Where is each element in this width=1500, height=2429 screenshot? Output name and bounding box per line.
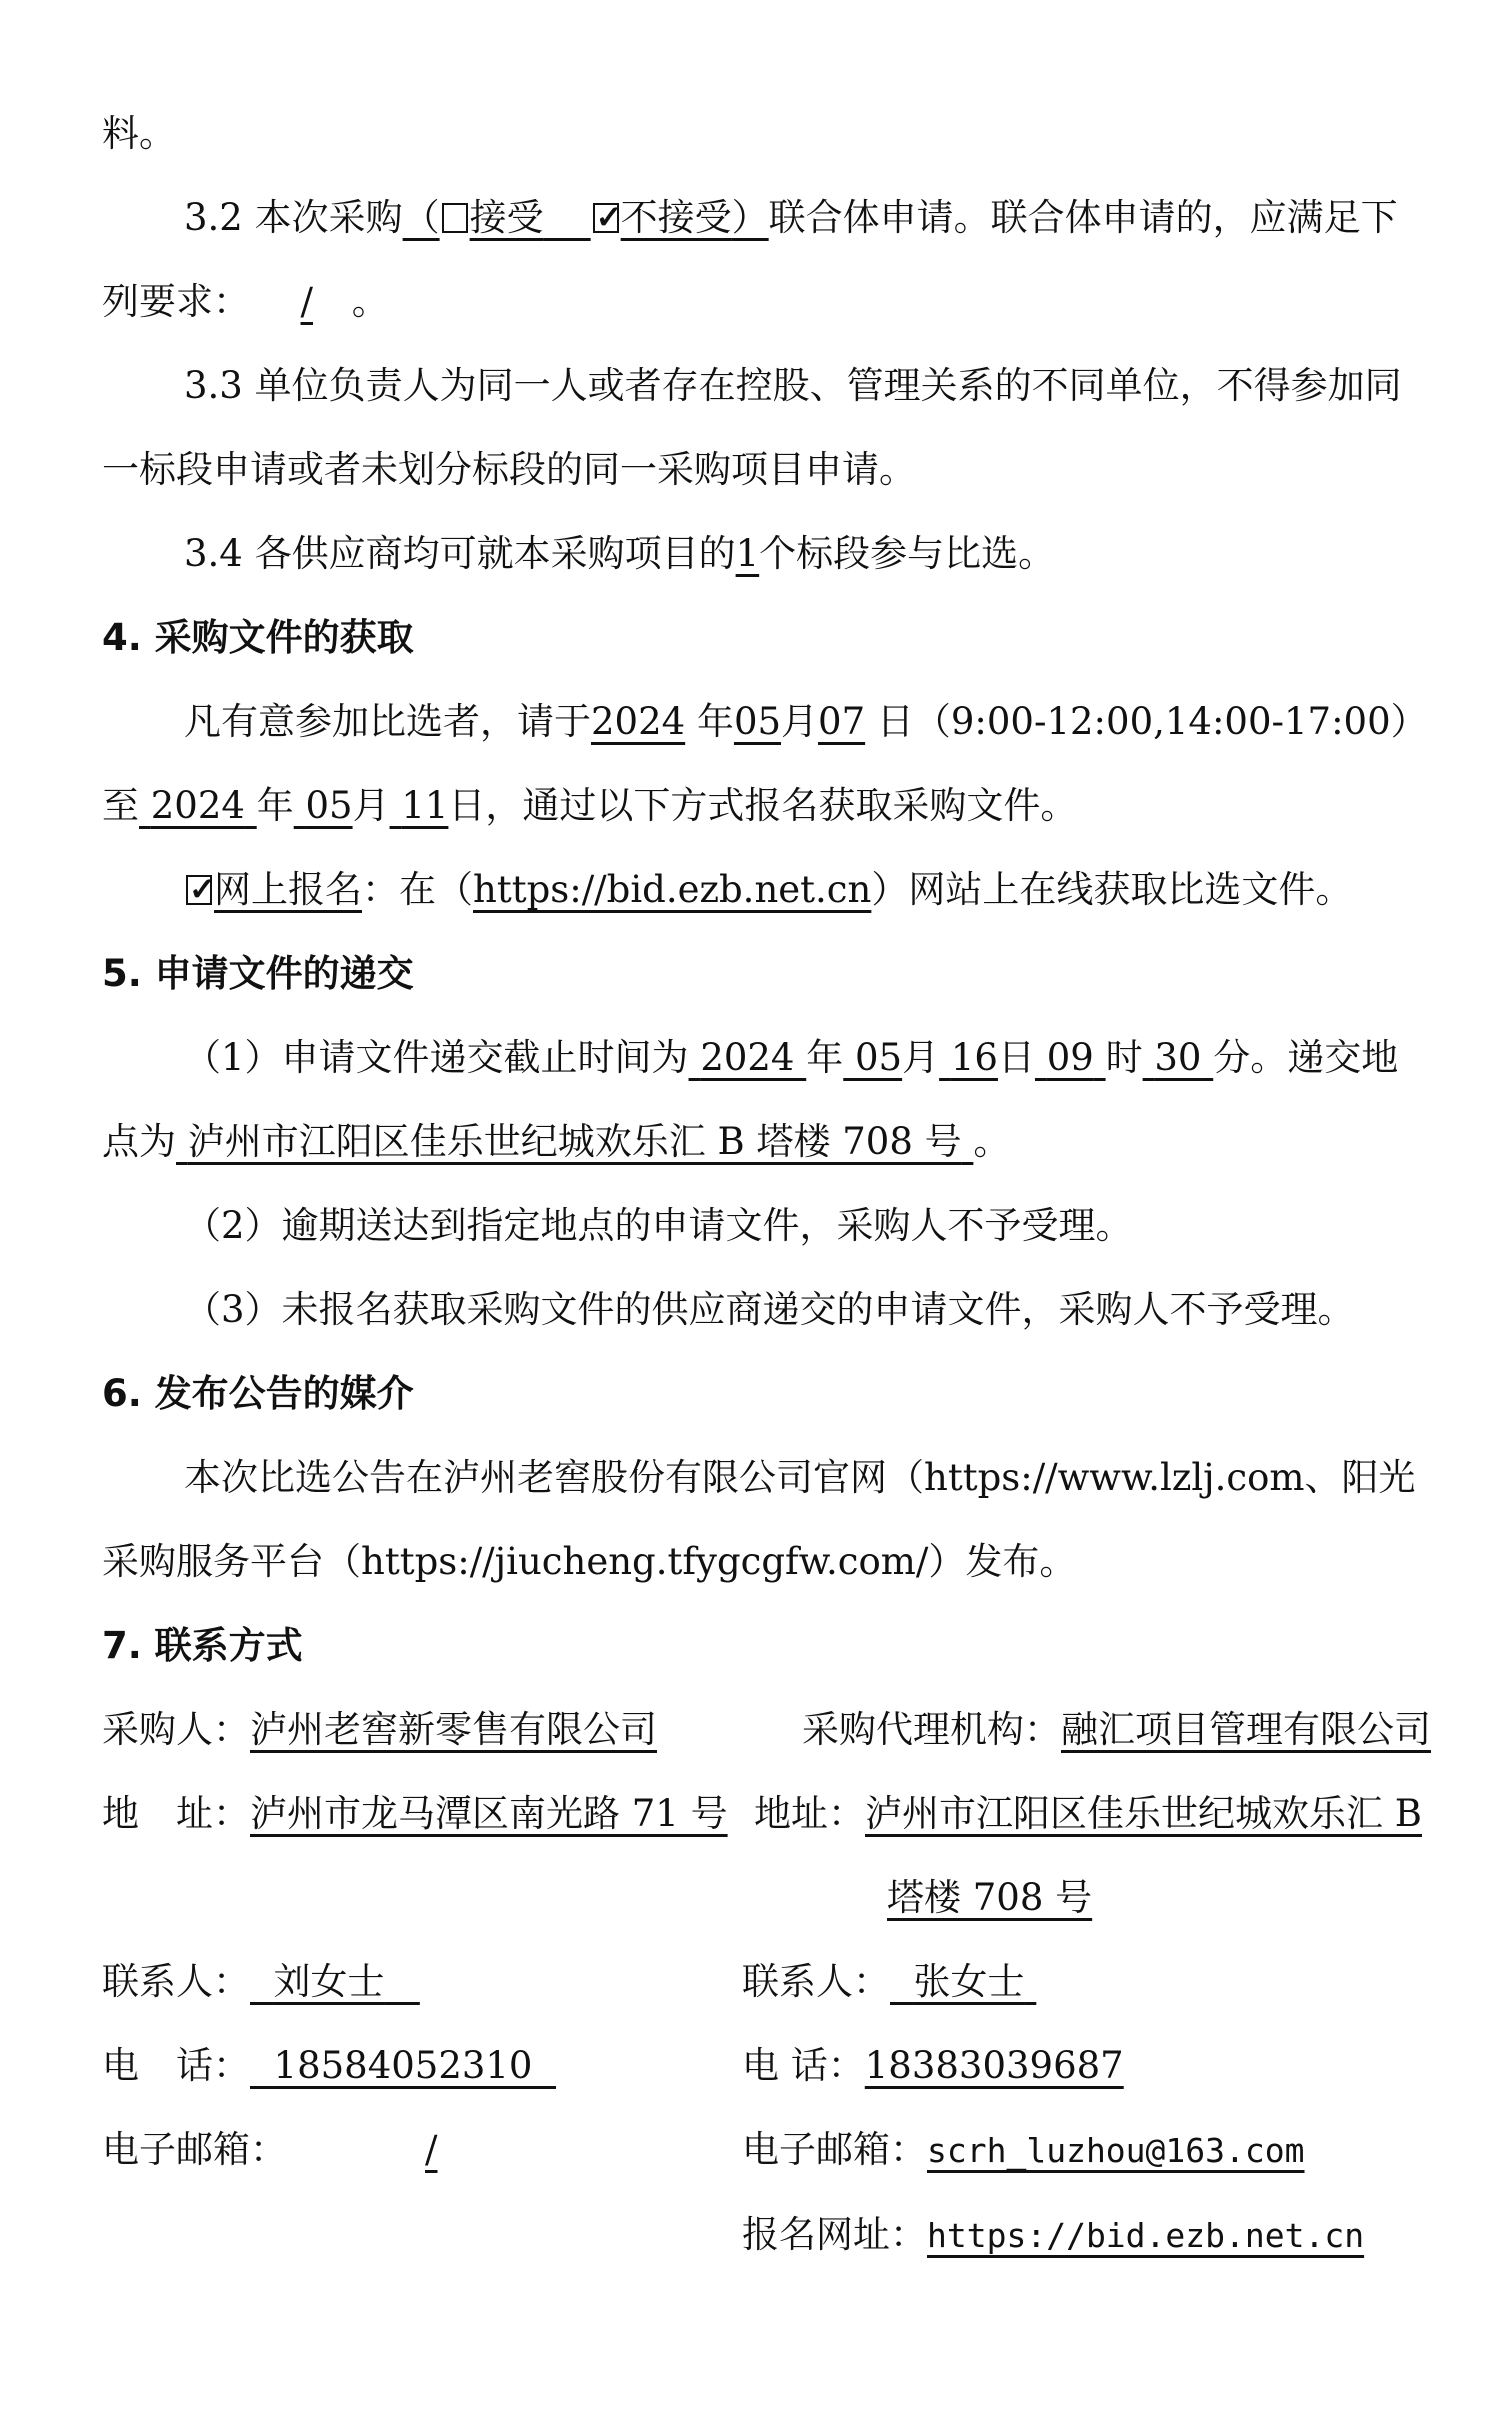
agency-signup-row: 报名网址：https://bid.ezb.net.cn (742, 2193, 1412, 2278)
online-suffix: ）网站上在线获取比选文件。 (871, 868, 1352, 911)
continued-text: 料。 (102, 92, 1412, 176)
purchaser-address-row: 地 址：泸州市龙马潭区南光路 71 号 (102, 1772, 742, 1856)
label: 电 话： (742, 2044, 865, 2087)
acq-prefix: 凡有意参加比选者，请于 (184, 700, 591, 743)
deadline-month: 05 (855, 1036, 902, 1079)
checkbox-accept[interactable] (442, 203, 468, 233)
online-label: 网上报名 (214, 868, 362, 911)
spacer (102, 1856, 742, 1940)
label: 联系人： (102, 1960, 250, 2003)
purchaser-address: 泸州市龙马潭区南光路 71 号 (250, 1792, 728, 1835)
media-line1: 本次比选公告在泸州老窖股份有限公司官网（https://www.lzlj.com… (102, 1436, 1412, 1520)
unit-year: 年 (697, 700, 734, 743)
clause-3-2-prefix: 3.2 本次采购 (184, 196, 403, 239)
online-mid: ：在（ (362, 868, 473, 911)
agency-phone: 18383039687 (865, 2044, 1124, 2087)
section-7-heading: 7. 联系方式 (102, 1604, 1412, 1688)
acquisition-period-line2: 至 2024 年 05月 11日，通过以下方式报名获取采购文件。 (102, 764, 1412, 848)
agency-address-row: 地址：泸州市江阳区佳乐世纪城欢乐汇 B (742, 1772, 1412, 1856)
agency-contact: 张女士 (914, 1960, 1025, 2003)
section-5-heading: 5. 申请文件的递交 (102, 932, 1412, 1016)
label: 地址： (754, 1792, 865, 1835)
unit-year: 年 (806, 1036, 843, 1079)
agency-name-row: 采购代理机构：融汇项目管理有限公司 (742, 1688, 1412, 1772)
unit-day: 日 (877, 700, 914, 743)
agency-phone-row: 电 话：18383039687 (742, 2024, 1412, 2108)
submission-location: 泸州市江阳区佳乐世纪城欢乐汇 B 塔楼 708 号 (188, 1120, 962, 1163)
label: 采购人： (102, 1708, 250, 1751)
purchaser-email-row: 电子邮箱： / (102, 2108, 742, 2193)
late-submission-rule: （2）逾期送达到指定地点的申请文件，采购人不予受理。 (102, 1184, 1412, 1268)
clause-3-4: 3.4 各供应商均可就本采购项目的1个标段参与比选。 (102, 512, 1412, 596)
requirements-value: / (262, 260, 352, 344)
deadline-hour: 09 (1047, 1036, 1094, 1079)
deadline-day: 16 (951, 1036, 998, 1079)
signup-url-link[interactable]: https://bid.ezb.net.cn (927, 2216, 1364, 2255)
purchaser-name-row: 采购人：泸州老窖新零售有限公司 (102, 1688, 742, 1772)
label: 电 话： (102, 2044, 250, 2087)
unit-month: 月 (781, 700, 818, 743)
spacer (102, 2193, 742, 2278)
clause-3-2-line2: 列要求： /。 (102, 260, 1412, 344)
purchaser-contact-row: 联系人： 刘女士 (102, 1940, 742, 2024)
agency-address-line2-row: 塔楼 708 号 (742, 1856, 1412, 1940)
option-reject-label: 不接受 (621, 196, 732, 239)
office-hours: （9:00-12:00,14:00-17:00） (914, 700, 1428, 743)
deadline-prefix: （1）申请文件递交截止时间为 (184, 1036, 689, 1079)
label: 地 址： (102, 1792, 250, 1835)
period: 。 (352, 280, 389, 323)
section-4-heading: 4. 采购文件的获取 (102, 596, 1412, 680)
deadline-line1: （1）申请文件递交截止时间为 2024 年 05月 16日 09 时 30 分。… (102, 1016, 1412, 1100)
acquisition-period-line1: 凡有意参加比选者，请于2024 年05月07 日（9:00-12:00,14:0… (102, 680, 1412, 764)
period: 。 (973, 1120, 1010, 1163)
label: 联系人： (742, 1960, 890, 2003)
unit-month: 月 (353, 784, 390, 827)
section-6-heading: 6. 发布公告的媒介 (102, 1352, 1412, 1436)
document-page: 料。 3.2 本次采购（接受 不接受）联合体申请。联合体申请的，应满足下 列要求… (102, 92, 1412, 2278)
purchaser-phone: 18584052310 (274, 2044, 533, 2087)
unit-year: 年 (257, 784, 294, 827)
unregistered-rule: （3）未报名获取采购文件的供应商递交的申请文件，采购人不予受理。 (102, 1268, 1412, 1352)
agency-name: 融汇项目管理有限公司 (1061, 1708, 1431, 1751)
agency-address-line2: 塔楼 708 号 (887, 1876, 1092, 1919)
clause-3-4-suffix: 个标段参与比选。 (759, 532, 1055, 575)
deadline-minute: 30 (1154, 1036, 1201, 1079)
unit-hour: 时 (1106, 1036, 1143, 1079)
contact-info: 采购人：泸州老窖新零售有限公司 采购代理机构：融汇项目管理有限公司 地 址：泸州… (102, 1688, 1412, 2278)
unit-month: 月 (902, 1036, 939, 1079)
start-month: 05 (734, 700, 781, 743)
agency-email-link[interactable]: scrh_luzhou@163.com (927, 2131, 1305, 2170)
purchaser-phone-row: 电 话： 18584052310 (102, 2024, 742, 2108)
signup-url-link[interactable]: https://bid.ezb.net.cn (473, 868, 871, 911)
clause-3-3-line2: 一标段申请或者未划分标段的同一采购项目申请。 (102, 428, 1412, 512)
lot-count: 1 (736, 532, 760, 575)
clause-3-2-suffix: 联合体申请。联合体申请的，应满足下 (769, 196, 1398, 239)
agency-address-line1: 泸州市江阳区佳乐世纪城欢乐汇 B (865, 1792, 1422, 1835)
deadline-line2: 点为 泸州市江阳区佳乐世纪城欢乐汇 B 塔楼 708 号 。 (102, 1100, 1412, 1184)
online-signup-option: 网上报名 (184, 868, 362, 911)
end-month: 05 (305, 784, 352, 827)
start-year: 2024 (591, 700, 685, 743)
option-accept-label: 接受 (470, 196, 544, 239)
label: 采购代理机构： (802, 1708, 1061, 1751)
unit-minute: 分 (1213, 1036, 1250, 1079)
unit-day: 日 (998, 1036, 1035, 1079)
paren-open: （ (403, 196, 440, 239)
to-label: 至 (102, 784, 139, 827)
requirements-label: 列要求： (102, 280, 250, 323)
purchaser-contact: 刘女士 (274, 1960, 385, 2003)
start-day: 07 (818, 700, 865, 743)
online-signup: 网上报名：在（https://bid.ezb.net.cn）网站上在线获取比选文… (102, 848, 1412, 932)
consortium-options: （接受 不接受） (403, 196, 769, 239)
checkbox-online-checked[interactable] (186, 875, 212, 905)
agency-email-row: 电子邮箱：scrh_luzhou@163.com (742, 2108, 1412, 2193)
clause-3-4-prefix: 3.4 各供应商均可就本采购项目的 (184, 532, 736, 575)
label: 电子邮箱： (742, 2128, 927, 2171)
purchaser-email: / (299, 2108, 564, 2192)
label: 报名网址： (742, 2213, 927, 2256)
end-year: 2024 (151, 784, 245, 827)
end-day: 11 (401, 784, 448, 827)
purchaser-name: 泸州老窖新零售有限公司 (250, 1708, 657, 1751)
clause-3-3-line1: 3.3 单位负责人为同一人或者存在控股、管理关系的不同单位，不得参加同 (102, 344, 1412, 428)
label: 电子邮箱： (102, 2128, 287, 2171)
media-line2: 采购服务平台（https://jiucheng.tfygcgfw.com/）发布… (102, 1520, 1412, 1604)
checkbox-reject-checked[interactable] (593, 203, 619, 233)
agency-contact-row: 联系人： 张女士 (742, 1940, 1412, 2024)
location-prefix: 点为 (102, 1120, 176, 1163)
clause-3-2: 3.2 本次采购（接受 不接受）联合体申请。联合体申请的，应满足下 (102, 176, 1412, 260)
acq-suffix: 日，通过以下方式报名获取采购文件。 (448, 784, 1077, 827)
paren-close: ） (732, 196, 769, 239)
deadline-year: 2024 (700, 1036, 794, 1079)
deadline-suffix: 。递交地 (1250, 1036, 1398, 1079)
